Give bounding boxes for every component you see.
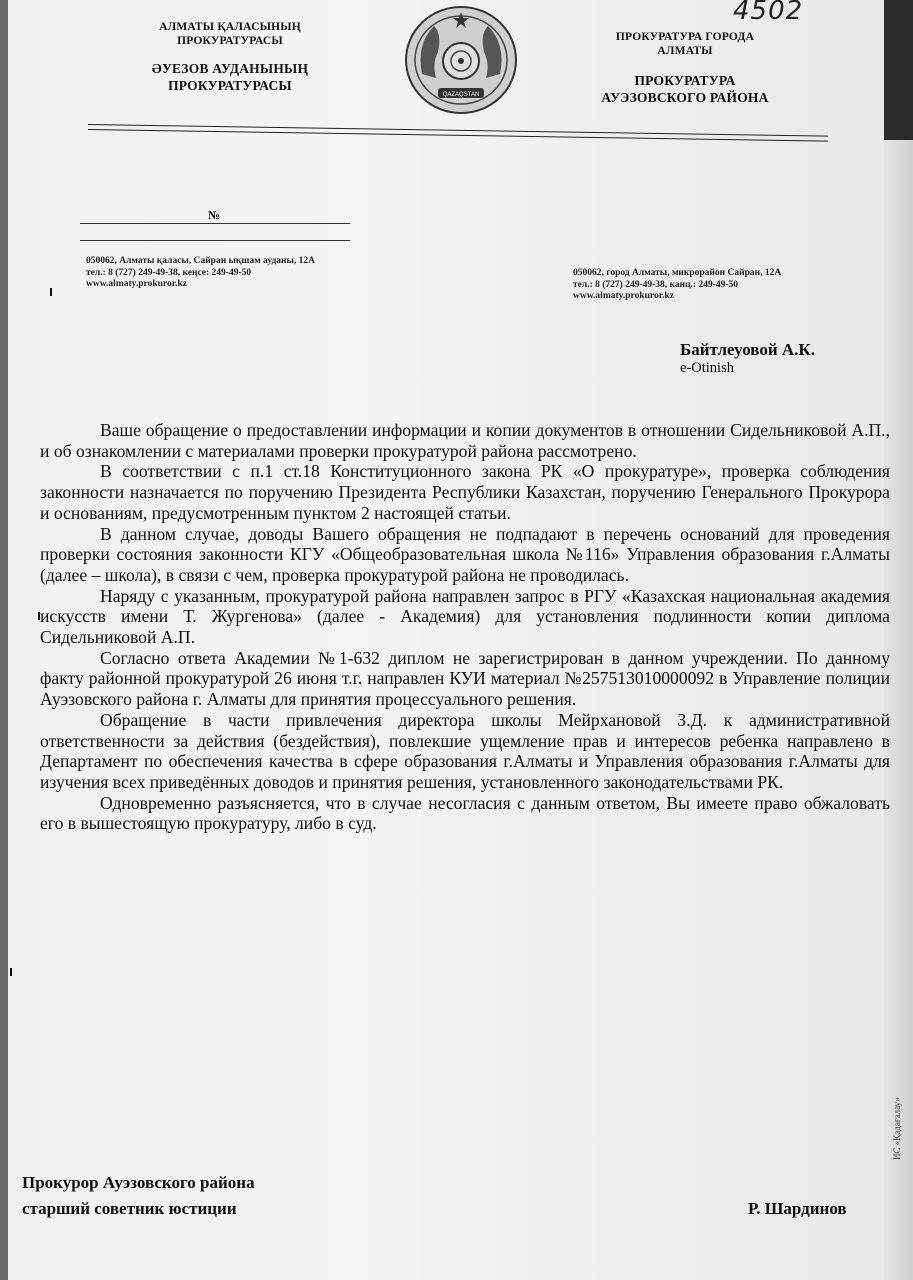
handwritten-number: 4502 [733,0,803,26]
margin-mark [50,288,52,296]
signature-title-line2: старший советник юстиции [22,1196,255,1222]
paragraph: Обращение в части привлечения директора … [40,710,890,793]
header-left-line4: ПРОКУРАТУРАСЫ [120,77,340,94]
margin-mark [38,612,40,620]
header-right-city: ПРОКУРАТУРА ГОРОДА АЛМАТЫ [590,30,780,58]
reg-date-line [80,240,350,241]
signature-title-line1: Прокурор Ауэзовского района [22,1170,255,1196]
header-left-line1: АЛМАТЫ ҚАЛАСЫНЫҢ [130,20,330,34]
recipient-block: Байтлеуовой А.К. e-Otinish [680,340,815,377]
address-ru-website: www.almaty.prokuror.kz [573,291,781,303]
state-emblem-icon: QAZAQSTAN [402,4,520,116]
address-ru-line1: 050062, город Алматы, микрорайон Сайран,… [573,268,781,280]
recipient-name: Байтлеуовой А.К. [680,340,815,360]
letter-body: Ваше обращение о предоставлении информац… [40,420,890,834]
margin-mark [10,968,12,976]
address-kz: 050062, Алматы қаласы, Сайран ықшам ауда… [86,256,315,291]
address-ru-line2: тел.: 8 (727) 249-49-38, канц.: 249-49-5… [573,280,781,292]
header-right-line1: ПРОКУРАТУРА ГОРОДА [590,30,780,44]
svg-text:QAZAQSTAN: QAZAQSTAN [443,92,480,98]
address-ru: 050062, город Алматы, микрорайон Сайран,… [573,268,781,303]
signature-name: Р. Шардинов [748,1196,847,1222]
paragraph: Согласно ответа Академии №1-632 диплом н… [40,648,890,710]
margin-system-note: ИС «Қадағалау» [892,1097,902,1160]
address-kz-line1: 050062, Алматы қаласы, Сайран ықшам ауда… [86,256,315,268]
header-left-city: АЛМАТЫ ҚАЛАСЫНЫҢ ПРОКУРАТУРАСЫ [130,20,330,48]
header-right-line3: ПРОКУРАТУРА [570,72,800,89]
address-kz-line2: тел.: 8 (727) 249-49-38, кеңсе: 249-49-5… [86,268,315,280]
paragraph: В соответствии с п.1 ст.18 Конституционн… [40,461,890,523]
address-kz-website: www.almaty.prokuror.kz [86,279,315,291]
paragraph: Одновременно разъясняется, что в случае … [40,793,890,834]
header-right-line4: АУЭЗОВСКОГО РАЙОНА [570,89,800,106]
recipient-channel: e-Otinish [680,360,815,377]
reg-number-sign: № [208,208,220,223]
reg-number-line [80,223,350,224]
header-left-line2: ПРОКУРАТУРАСЫ [130,34,330,48]
header-left-district: ӘУЕЗОВ АУДАНЫНЫҢ ПРОКУРАТУРАСЫ [120,60,340,94]
header-right-district: ПРОКУРАТУРА АУЭЗОВСКОГО РАЙОНА [570,72,800,106]
signature-title: Прокурор Ауэзовского района старший сове… [22,1170,255,1222]
paragraph: В данном случае, доводы Вашего обращения… [40,524,890,586]
header-right-line2: АЛМАТЫ [590,44,780,58]
background-edge [884,0,913,140]
paragraph: Ваше обращение о предоставлении информац… [40,420,890,461]
header-left-line3: ӘУЕЗОВ АУДАНЫНЫҢ [120,60,340,77]
paragraph: Наряду с указанным, прокуратурой района … [40,586,890,648]
